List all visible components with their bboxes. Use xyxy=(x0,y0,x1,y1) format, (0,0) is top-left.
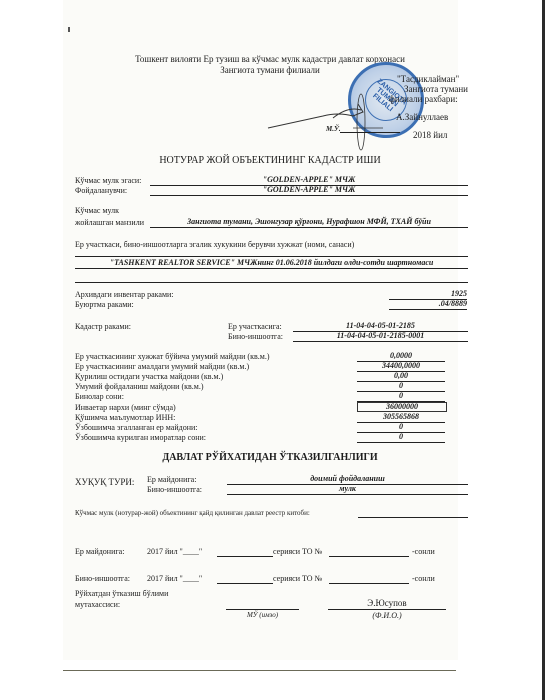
signature-line xyxy=(226,609,299,610)
area-label: Инвaетар нархи (минг сўмда) xyxy=(75,403,176,412)
approval-line3: филиали рахбари: xyxy=(389,94,458,104)
address-label-2: жойлашган манзили xyxy=(75,218,144,227)
rule xyxy=(75,282,468,283)
reg-row-year: 2017 йил "____" xyxy=(147,547,202,556)
reg-building-value: мулк xyxy=(227,484,468,495)
reg-row-date-line xyxy=(217,574,273,584)
cadastre-label: Кадастр раками: xyxy=(75,322,131,331)
approver-name: А.Зайнуллаев xyxy=(396,112,448,122)
window-edge xyxy=(542,0,545,700)
name-caption: (Ф.И.О.) xyxy=(328,611,446,620)
reg-row-series: серияси ТО № xyxy=(273,547,322,556)
reg-land-label: Ер майдонига: xyxy=(147,475,196,484)
date-line xyxy=(340,132,400,133)
area-label: Бинолар сони: xyxy=(75,392,124,401)
seal-caption: МЎ (имзо) xyxy=(226,611,299,619)
user-label: Фойдаланувчи: xyxy=(75,186,127,195)
document-title: НОТУРАР ЖОЙ ОБЪЕКТИНИНГ КАДАСТР ИШИ xyxy=(60,155,480,166)
registration-heading: ДАВЛАТ РЎЙХАТИДАН ЎТКАЗИЛГАНЛИГИ xyxy=(60,452,480,463)
reg-row-number-line xyxy=(329,547,409,557)
ownership-doc-value: "TASHKENT REALTOR SERVICE" МЧЖнинг 01.06… xyxy=(75,258,468,269)
archive-label: Архивдаги инвентар раками: xyxy=(75,290,174,299)
user-value: "GOLDEN-APPLE" МЧЖ xyxy=(150,185,468,196)
mp-label: М.Ў. xyxy=(326,125,341,133)
area-label: Қурилиш остидаги участка майдони (кв.м.) xyxy=(75,372,223,381)
reg-row-year: 2017 йил "____" xyxy=(147,574,202,583)
dept-line2: мутахассиси: xyxy=(75,600,120,609)
approval-line2: Зангиота тумани xyxy=(404,84,468,94)
address-label-1: Кўчмас мулк xyxy=(75,206,119,215)
approval-date: 2018 йил xyxy=(413,130,447,140)
reg-row-suffix: -сонли xyxy=(412,547,435,556)
order-label: Буюртма раками: xyxy=(75,300,134,309)
rule xyxy=(75,256,468,257)
registry-book-label: Кўчмас мулк (нотурар-жой) объектининг қа… xyxy=(75,509,310,517)
reg-row-series: серияси ТО № xyxy=(273,574,322,583)
reg-row-label: Ер майдонига: xyxy=(75,547,124,556)
approval-line1: "Тасдиклайман" xyxy=(397,74,459,84)
cadastre-building-label: Бино-иншоотга: xyxy=(228,332,283,341)
area-value: 0 xyxy=(357,432,445,443)
cadastre-building-value: 11-04-04-05-01-2185-0001 xyxy=(293,331,468,342)
area-label: Ер участкасининг амалдаги умумий майдни … xyxy=(75,362,249,371)
area-label: Қўшимча маълумотлар ИНН: xyxy=(75,413,175,422)
reg-row-suffix: -сонли xyxy=(412,574,435,583)
specialist-name: Э.Юсупов xyxy=(328,598,446,608)
owner-label: Кўчмас мулк эгаси: xyxy=(75,176,141,185)
address-value: Зангиота тумани, Эшонгузар қўрғони, Нура… xyxy=(150,217,468,228)
reg-row-label: Бино-иншоотга: xyxy=(75,574,130,583)
page-edge xyxy=(63,670,456,671)
area-label: Ўзбошимча курилган иморатлар сони: xyxy=(75,433,206,442)
cadastre-land-label: Ер участкасига: xyxy=(228,322,282,331)
area-label: Ер участкасининг хужжат бўйича умумий ма… xyxy=(75,352,269,361)
reg-building-label: Бино-иншоотга: xyxy=(147,485,202,494)
area-label: Умумий фойдаланиш майдони (кв.м.) xyxy=(75,382,204,391)
area-value: 36000000 xyxy=(357,402,447,412)
order-value: .04/8889 xyxy=(389,299,467,310)
dept-line1: Рўйхатдан ўтказиш бўлими xyxy=(75,589,168,598)
right-type-label: ХУҚУҚ ТУРИ: xyxy=(75,477,134,487)
reg-row-date-line xyxy=(217,547,273,557)
signature-icon xyxy=(263,92,383,152)
registry-book-line xyxy=(358,517,468,518)
name-line xyxy=(328,609,446,610)
area-label: Ўзбошимча эгалланган ер майдони: xyxy=(75,423,197,432)
org-name: Тошкент вилояти Ер тузиш ва кўчмас мулк … xyxy=(60,54,480,64)
scan-mark xyxy=(68,27,70,32)
ownership-doc-label: Ер участкаси, бино-иншоотларга эгалик ху… xyxy=(75,240,354,249)
reg-row-number-line xyxy=(329,574,409,584)
